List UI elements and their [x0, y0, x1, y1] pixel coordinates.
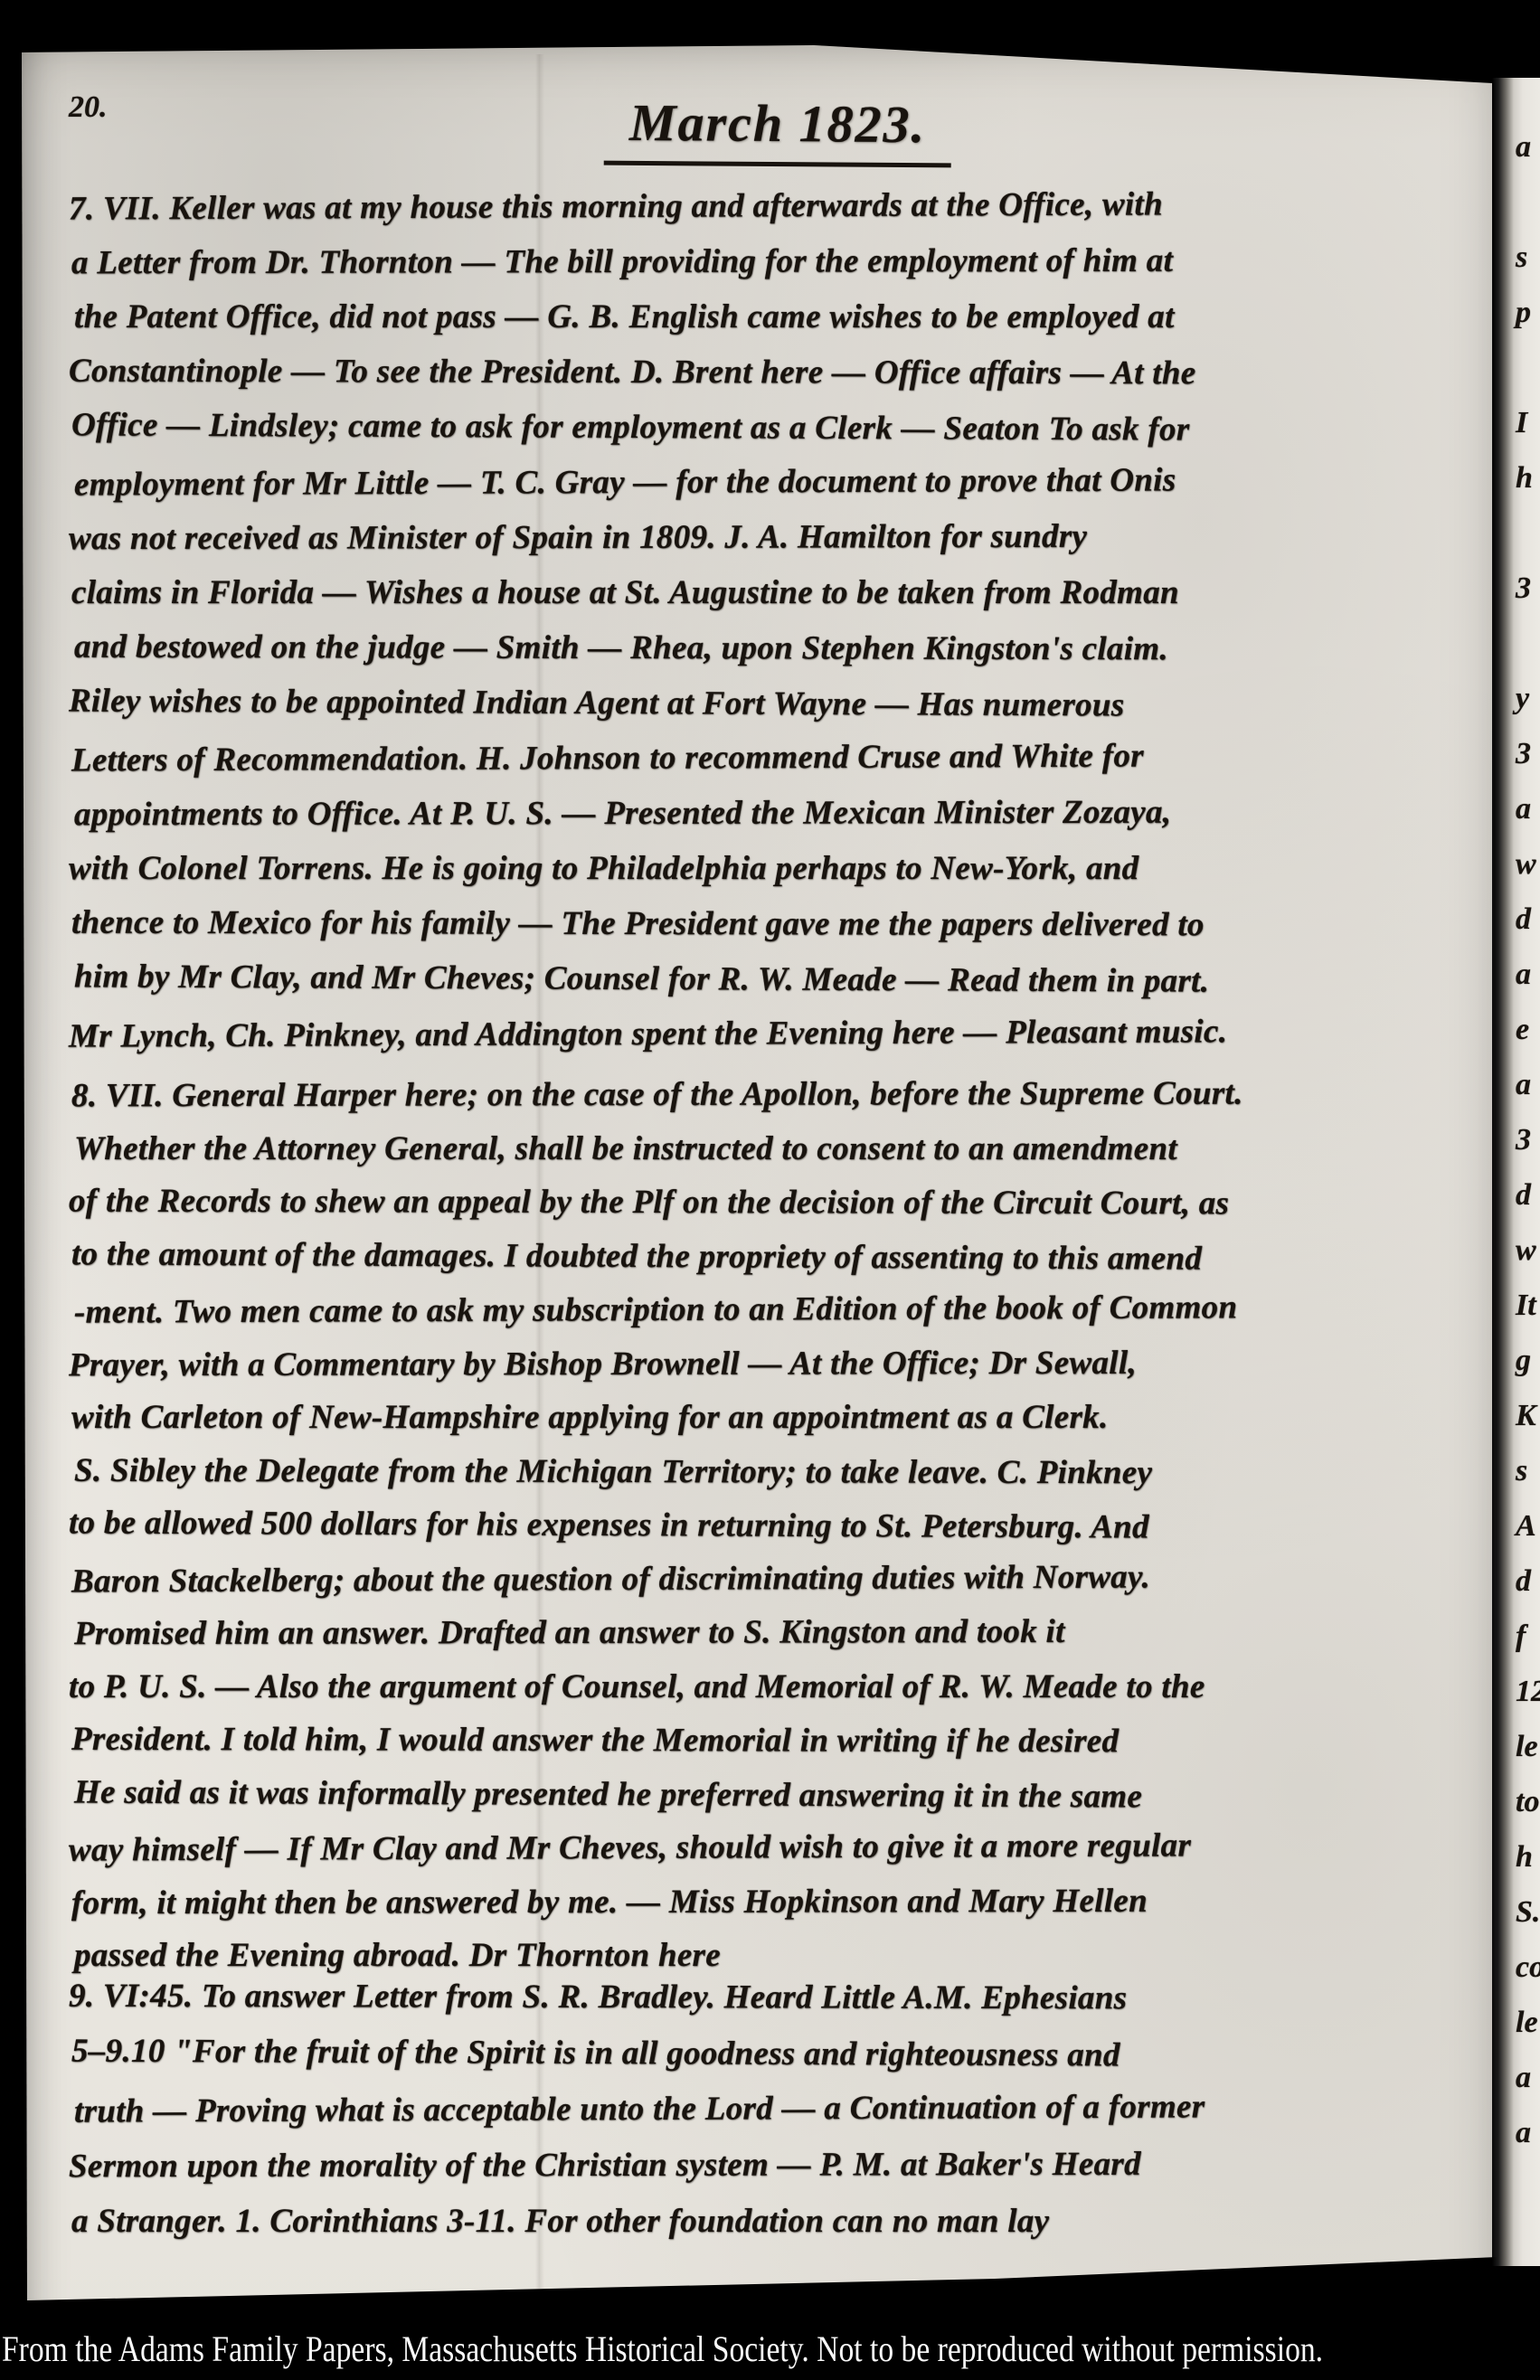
page-fragment: d [1516, 1566, 1531, 1597]
page-fragment: d [1516, 1180, 1531, 1211]
diary-line: Prayer, with a Commentary by Bishop Brow… [69, 1346, 1137, 1381]
page-fragment: h [1516, 1842, 1533, 1873]
diary-line: claims in Florida — Wishes a house at St… [71, 576, 1179, 609]
scan-background: 20. March 1823. 7. VII. Keller was at my… [0, 0, 1540, 2380]
diary-line: Baron Stackelberg; about the question of… [71, 1560, 1150, 1598]
page-heading: March 1823. [604, 86, 952, 168]
diary-line: form, it might then be answered by me. —… [71, 1884, 1148, 1919]
diary-line: thence to Mexico for his family — The Pr… [71, 906, 1205, 942]
page-fragment: d [1516, 904, 1531, 935]
page-fragment: 12 [1516, 1676, 1540, 1707]
diary-line: Mr Lynch, Ch. Pinkney, and Addington spe… [69, 1015, 1227, 1053]
page-fragment: s [1516, 242, 1527, 273]
diary-line: way himself — If Mr Clay and Mr Cheves, … [69, 1828, 1191, 1866]
page-fragment: a [1516, 959, 1531, 990]
diary-line: and bestowed on the judge — Smith — Rhea… [74, 630, 1168, 666]
diary-line: 7. VII. Keller was at my house this morn… [69, 187, 1163, 225]
page-fragment: I [1516, 408, 1527, 439]
page-fragment: It [1516, 1290, 1536, 1321]
diary-line: Constantinople — To see the President. D… [69, 354, 1196, 391]
page-fragment: p [1516, 297, 1531, 328]
diary-line: passed the Evening abroad. Dr Thornton h… [74, 1939, 721, 1972]
page-fragment: a [1516, 2118, 1531, 2149]
diary-line: He said as it was informally presented h… [74, 1775, 1142, 1813]
diary-line: 8. VII. General Harper here; on the case… [71, 1077, 1243, 1113]
diary-line: Office — Lindsley; came to ask for emplo… [71, 408, 1190, 446]
diary-line: him by Mr Clay, and Mr Cheves; Counsel f… [74, 959, 1209, 997]
diary-line: to the amount of the damages. I doubted … [71, 1237, 1202, 1275]
diary-line: appointments to Office. At P. U. S. — Pr… [74, 796, 1171, 832]
diary-line: Riley wishes to be appointed Indian Agen… [69, 685, 1125, 722]
diary-line: President. I told him, I would answer th… [71, 1723, 1119, 1758]
page-fragment: h [1516, 463, 1533, 494]
page-fragment: S. [1516, 1897, 1540, 1928]
page-fragment: to [1516, 1787, 1539, 1818]
diary-line: a Letter from Dr. Thornton — The bill pr… [71, 244, 1173, 280]
page-fragment: le [1516, 1732, 1538, 1762]
page-fragment: 3 [1516, 1125, 1531, 1156]
diary-line: Sermon upon the morality of the Christia… [69, 2148, 1141, 2183]
diary-line: 5–9.10 "For the fruit of the Spirit is i… [71, 2035, 1120, 2073]
page-fragment: a [1516, 794, 1531, 825]
page-fragment: w [1516, 1235, 1536, 1266]
diary-line: of the Records to shew an appeal by the … [69, 1185, 1229, 1221]
page-fragment: a [1516, 2063, 1531, 2093]
diary-line: Promised him an answer. Drafted an answe… [74, 1615, 1065, 1650]
diary-line: truth — Proving what is acceptable unto … [74, 2090, 1205, 2128]
diary-line: S. Sibley the Delegate from the Michigan… [74, 1453, 1152, 1488]
diary-line: 9. VI:45. To answer Letter from S. R. Br… [69, 1979, 1127, 2015]
page-fragment: A [1516, 1511, 1536, 1542]
page-fragment: s [1516, 1456, 1527, 1487]
page-number: 20. [69, 92, 108, 123]
diary-line: to be allowed 500 dollars for his expens… [69, 1506, 1149, 1544]
page-fragment: y [1516, 684, 1529, 714]
page-fragment: e [1516, 1015, 1529, 1045]
page-fragment: w [1516, 849, 1536, 880]
page-fragment: co [1516, 1952, 1540, 1983]
adjacent-page-sliver: aspIh3y3awdaea3dwItgKsAdf12letohS.coleaa [1492, 78, 1540, 2266]
diary-line: to P. U. S. — Also the argument of Couns… [69, 1670, 1205, 1704]
page-fragment: a [1516, 1070, 1531, 1100]
page-fragment: K [1516, 1401, 1536, 1431]
diary-page: 20. March 1823. 7. VII. Keller was at my… [0, 0, 1540, 2380]
diary-line: -ment. Two men came to ask my subscripti… [74, 1290, 1237, 1328]
page-fragment: 3 [1516, 573, 1531, 604]
page-fragment: a [1516, 132, 1531, 163]
page-fragment: f [1516, 1621, 1526, 1652]
caption-text: From the Adams Family Papers, Massachuse… [2, 2329, 1323, 2369]
diary-line: Whether the Attorney General, shall be i… [74, 1132, 1177, 1166]
diary-line: a Stranger. 1. Corinthians 3-11. For oth… [71, 2205, 1049, 2238]
diary-line: employment for Mr Little — T. C. Gray — … [74, 463, 1176, 501]
page-fragment: 3 [1516, 739, 1531, 770]
diary-line: Letters of Recommendation. H. Johnson to… [71, 740, 1144, 778]
diary-line: with Carleton of New-Hampshire applying … [71, 1401, 1109, 1434]
diary-line: the Patent Office, did not pass — G. B. … [74, 300, 1175, 334]
diary-line: with Colonel Torrens. He is going to Phi… [69, 852, 1138, 885]
diary-line: was not received as Minister of Spain in… [69, 520, 1087, 555]
page-fragment: g [1516, 1346, 1531, 1376]
page-fragment: le [1516, 2007, 1538, 2038]
